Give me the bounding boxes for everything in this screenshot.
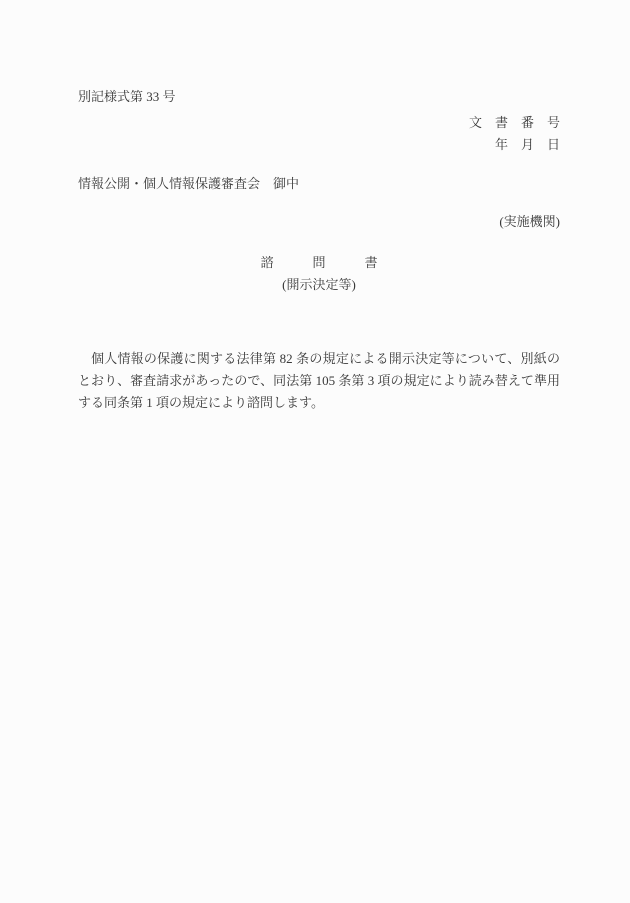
- document-page: 別記様式第 33 号 文 書 番 号 年 月 日 情報公開・個人情報保護審査会 …: [0, 0, 630, 903]
- document-number-label: 文 書 番 号: [78, 112, 560, 134]
- document-subtitle: (開示決定等): [78, 274, 560, 296]
- form-number: 別記様式第 33 号: [78, 86, 560, 108]
- date-line: 年 月 日: [78, 134, 560, 156]
- issuer-label: (実施機関): [78, 211, 560, 233]
- addressee-line: 情報公開・個人情報保護審査会 御中: [78, 173, 560, 195]
- body-paragraph: 個人情報の保護に関する法律第 82 条の規定による開示決定等について、別紙のとお…: [78, 348, 560, 414]
- document-title: 諮 問 書: [78, 252, 560, 274]
